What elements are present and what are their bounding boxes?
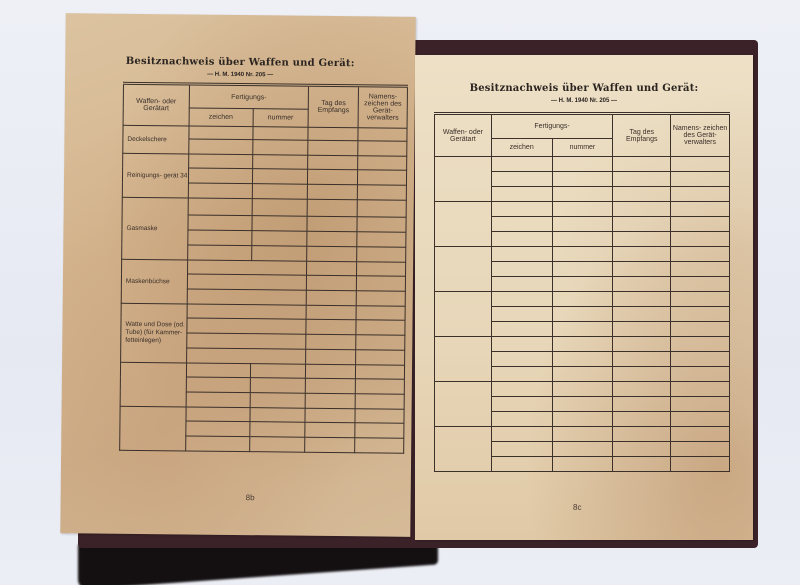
row-label: Gasmaske bbox=[122, 197, 188, 260]
row-label bbox=[120, 362, 186, 407]
row-label bbox=[435, 382, 492, 427]
header-number: nummer bbox=[552, 139, 613, 157]
header-mark: zeichen bbox=[491, 139, 552, 157]
table-row bbox=[435, 337, 730, 352]
row-label: Watte und Dose (od. Tube) (für Kammer- f… bbox=[121, 303, 187, 363]
row-label bbox=[435, 202, 492, 247]
table-row: Watte und Dose (od. Tube) (für Kammer- f… bbox=[121, 303, 405, 320]
table-row bbox=[435, 382, 730, 397]
right-page-number: 8c bbox=[573, 503, 581, 512]
right-page-subtitle: — H. M. 1940 Nr. 205 — bbox=[415, 98, 753, 104]
table-row bbox=[435, 202, 730, 217]
row-label: Reinigungs- gerät 34 bbox=[122, 153, 188, 198]
row-label bbox=[435, 292, 492, 337]
header-number: nummer bbox=[253, 109, 309, 128]
table-row: Reinigungs- gerät 34 bbox=[123, 153, 407, 170]
row-label: Maskenbüchse bbox=[121, 259, 187, 304]
row-label bbox=[120, 406, 186, 451]
header-date-received: Tag des Empfangs bbox=[308, 85, 358, 128]
left-page: Besitznachweis über Waffen und Gerät: — … bbox=[60, 13, 415, 537]
header-item-type: Waffen- oder Gerätart bbox=[123, 83, 189, 126]
table-row: Gasmaske bbox=[122, 197, 406, 217]
table-row bbox=[435, 157, 730, 172]
table-row bbox=[435, 247, 730, 262]
header-manufacturing: Fertigungs- bbox=[491, 114, 613, 139]
header-custodian-sign: Namens- zeichen des Gerät- verwalters bbox=[671, 114, 730, 157]
left-page-title: Besitznachweis über Waffen und Gerät: bbox=[65, 55, 415, 70]
header-mark: zeichen bbox=[189, 108, 253, 127]
table-row bbox=[435, 292, 730, 307]
left-page-subtitle: — H. M. 1940 Nr. 205 — bbox=[65, 70, 415, 80]
row-label bbox=[435, 427, 492, 472]
row-label bbox=[435, 157, 492, 202]
table-row: Maskenbüchse bbox=[122, 259, 406, 276]
row-label bbox=[435, 337, 492, 382]
left-page-number: 8b bbox=[246, 493, 255, 502]
table-row bbox=[120, 406, 404, 423]
right-page: Besitznachweis über Waffen und Gerät: — … bbox=[415, 55, 753, 540]
header-custodian-sign: Namens- zeichen des Gerät- verwalters bbox=[358, 86, 407, 129]
header-date-received: Tag des Empfangs bbox=[613, 114, 671, 157]
right-page-title: Besitznachweis über Waffen und Gerät: bbox=[415, 83, 753, 94]
table-row bbox=[120, 362, 404, 379]
header-manufacturing: Fertigungs- bbox=[189, 84, 309, 109]
row-label bbox=[435, 247, 492, 292]
right-equipment-table: Waffen- oder Gerätart Fertigungs- Tag de… bbox=[434, 112, 730, 472]
header-item-type: Waffen- oder Gerätart bbox=[435, 114, 492, 157]
left-equipment-table: Waffen- oder Gerätart Fertigungs- Tag de… bbox=[119, 82, 408, 454]
table-row bbox=[435, 427, 730, 442]
row-label: Deckelschere bbox=[123, 125, 189, 154]
